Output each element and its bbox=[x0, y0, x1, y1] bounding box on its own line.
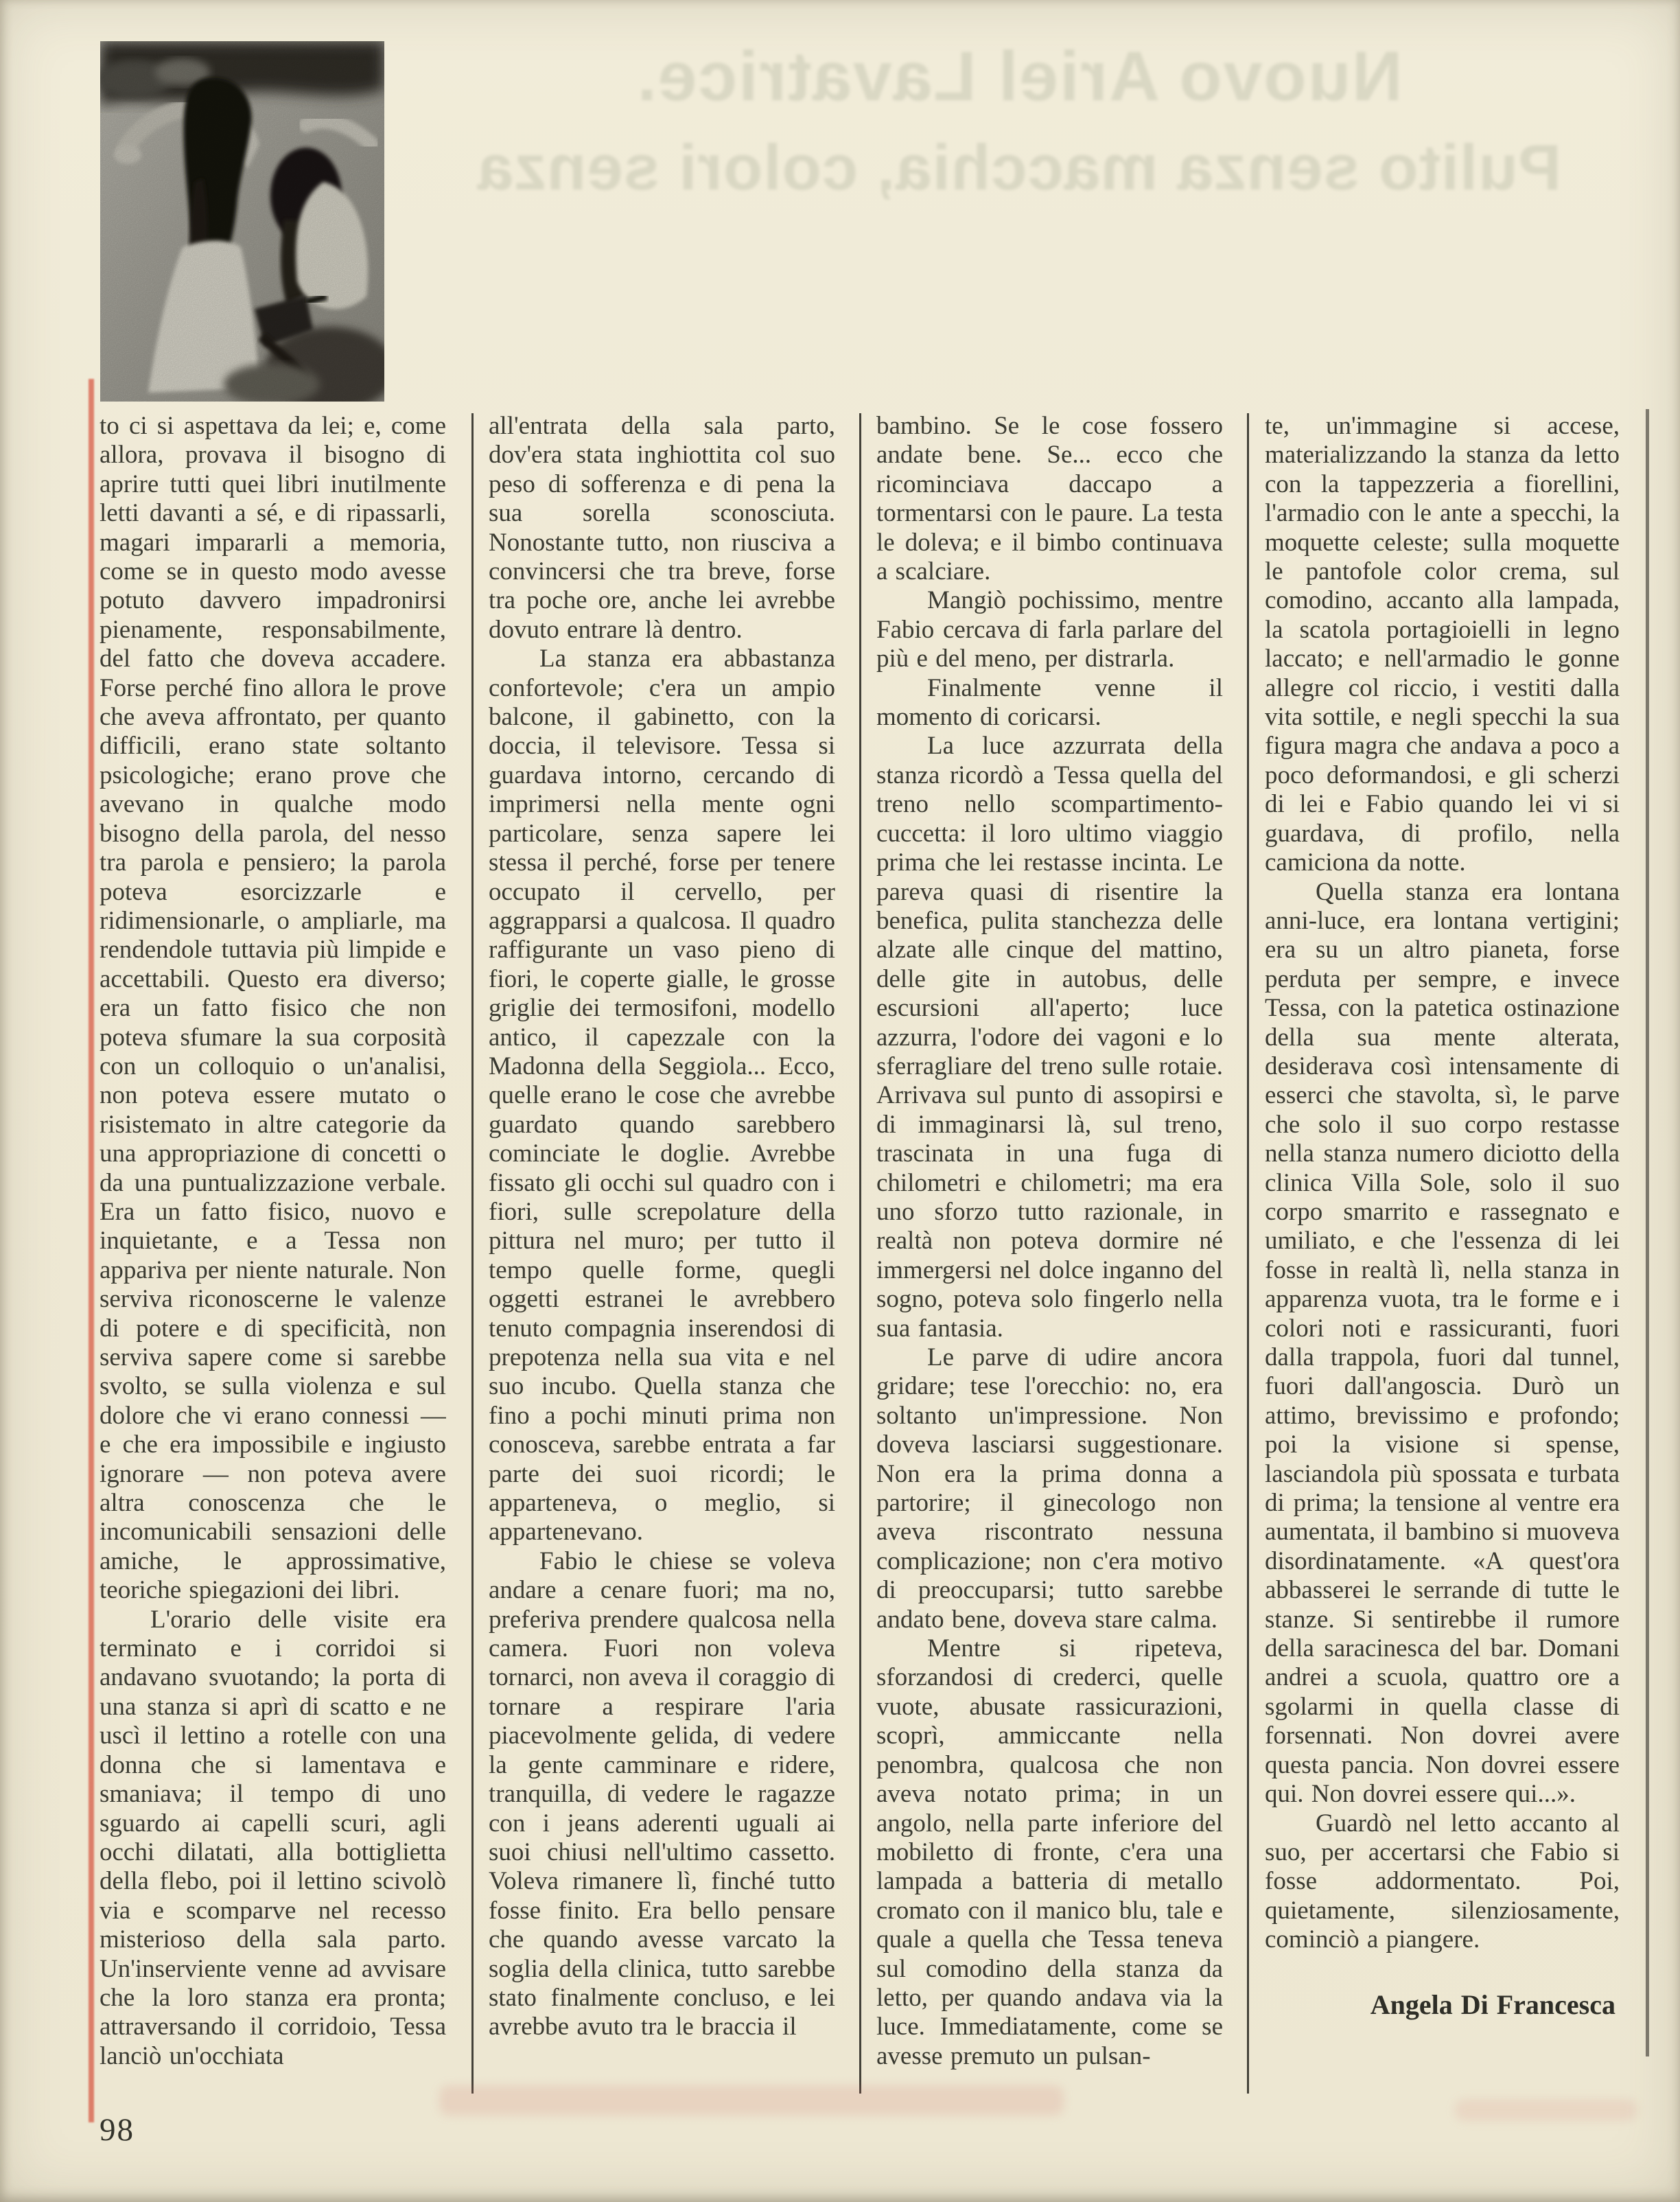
text-column-1: to ci si aspettava da lei; e, come allor… bbox=[100, 412, 446, 2100]
print-bleed-bottom-right bbox=[1455, 2099, 1637, 2121]
story-photo bbox=[100, 41, 384, 402]
print-bleed-headline: Nuovo Ariel Lavatrice. Pulito senza macc… bbox=[384, 38, 1654, 203]
scan-artifact-red-line bbox=[89, 379, 94, 2122]
paragraph: Guardò nel letto accanto al suo, per acc… bbox=[1265, 1809, 1620, 1955]
author-signature: Angela Di Francesca bbox=[1265, 1991, 1620, 2019]
page-fold-line bbox=[1646, 409, 1649, 2056]
print-bleed-line1: Nuovo Ariel Lavatrice. bbox=[384, 38, 1654, 114]
paragraph: Finalmente venne il momento di coricarsi… bbox=[876, 674, 1223, 732]
paragraph: to ci si aspettava da lei; e, come allor… bbox=[100, 412, 446, 1606]
page-number: 98 bbox=[100, 2111, 135, 2148]
photo-illustration bbox=[100, 41, 384, 402]
print-bleed-line2: Pulito senza macchia, colori senza bbox=[384, 132, 1654, 203]
paragraph: all'entrata della sala parto, dov'era st… bbox=[489, 412, 835, 645]
paragraph: bambino. Se le cose fossero andate bene.… bbox=[876, 412, 1223, 586]
paragraph: te, un'immagine si accese, materializzan… bbox=[1265, 412, 1620, 878]
paragraph: Quella stanza era lontana anni-luce, era… bbox=[1265, 878, 1620, 1809]
paragraph: Le parve di udire ancora gridare; tese l… bbox=[876, 1343, 1223, 1634]
text-column-2: all'entrata della sala parto, dov'era st… bbox=[489, 412, 835, 2100]
magazine-page: Nuovo Ariel Lavatrice. Pulito senza macc… bbox=[0, 0, 1680, 2202]
paragraph: La stanza era abbastanza confortevole; c… bbox=[489, 645, 835, 1547]
column-rule-1 bbox=[471, 413, 474, 2094]
column-rule-3 bbox=[1247, 413, 1249, 2094]
paragraph: Fabio le chiese se voleva andare a cenar… bbox=[489, 1547, 835, 2042]
paragraph: Mentre si ripeteva, sforzandosi di crede… bbox=[876, 1634, 1223, 2071]
column-rule-2 bbox=[859, 413, 861, 2094]
paragraph: L'orario delle visite era terminato e i … bbox=[100, 1606, 446, 2072]
paragraph: La luce azzurrata della stanza ricordò a… bbox=[876, 732, 1223, 1343]
paragraph: Mangiò pochissimo, mentre Fabio cercava … bbox=[876, 586, 1223, 673]
text-column-4: te, un'immagine si accese, materializzan… bbox=[1265, 412, 1620, 2100]
text-column-3: bambino. Se le cose fossero andate bene.… bbox=[876, 412, 1223, 2100]
